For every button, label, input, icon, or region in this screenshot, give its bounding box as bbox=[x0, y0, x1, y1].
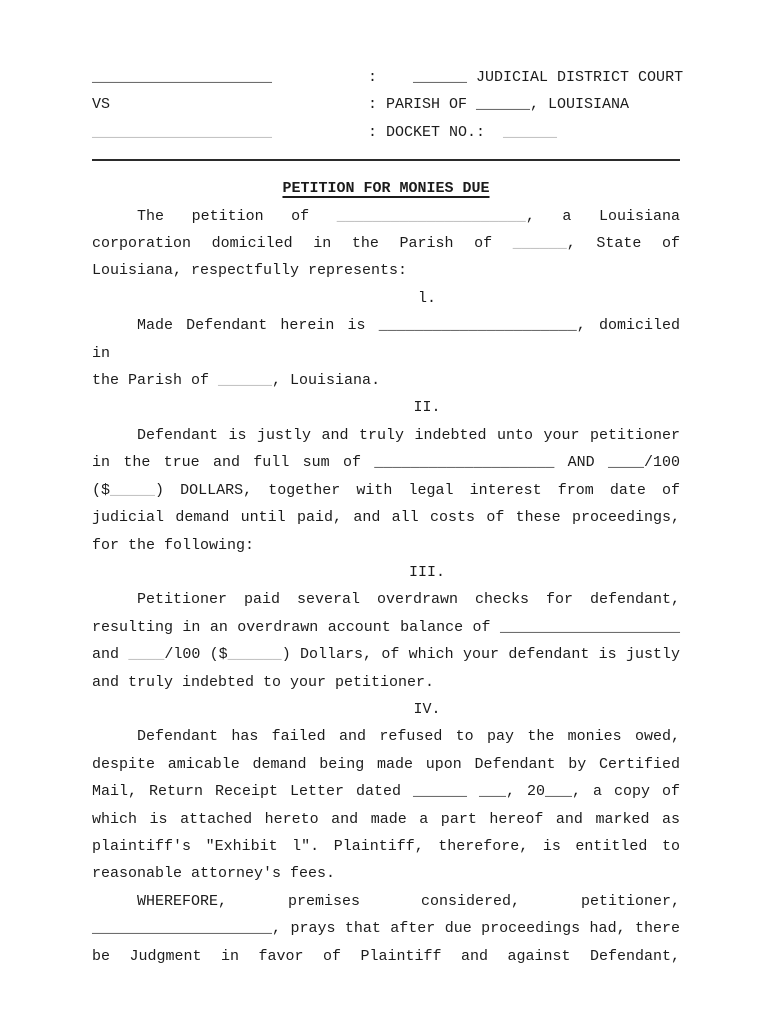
p4-l2: resulting in an overdrawn account balanc… bbox=[92, 614, 680, 641]
fill-in-blank: ______ bbox=[218, 372, 272, 389]
p3-l1: Defendant is justly and truly indebted u… bbox=[92, 422, 680, 449]
p6-l1: WHEREFORE, premises considered, petition… bbox=[92, 888, 680, 915]
fill-in-blank: ______ bbox=[513, 235, 567, 252]
text-run: l. bbox=[418, 290, 436, 307]
fill-in-blank: ____________________ bbox=[500, 619, 680, 636]
document-title: PETITION FOR MONIES DUE bbox=[92, 175, 680, 202]
text-run: , a Louisiana bbox=[526, 208, 680, 225]
section-heading-3: III. bbox=[133, 559, 721, 586]
caption-vs-row-right: : PARISH OF ______, LOUISIANA bbox=[368, 91, 680, 118]
p6-l3: be Judgment in favor of Plaintiff and ag… bbox=[92, 943, 680, 970]
text-run: reasonable attorney's fees. bbox=[92, 865, 335, 882]
vs-label: VS bbox=[92, 96, 110, 113]
p5-l4: which is attached hereto and made a part… bbox=[92, 806, 680, 833]
text-run: AND ____/100 bbox=[554, 454, 680, 471]
p3-l3: ($_____) DOLLARS, together with legal in… bbox=[92, 477, 680, 504]
parish-name-blank: ______ bbox=[476, 96, 530, 113]
p5-l5: plaintiff's "Exhibit l". Plaintiff, ther… bbox=[92, 833, 680, 860]
text-run: for the following: bbox=[92, 537, 254, 554]
caption-separator-rule bbox=[92, 159, 680, 161]
caption-defendant-row-left: ____________________ bbox=[92, 119, 368, 146]
p2-l1: Made Defendant herein is _______________… bbox=[92, 312, 680, 367]
p1-l3: Louisiana, respectfully represents: bbox=[92, 257, 680, 284]
text-run: Petitioner paid several overdrawn checks… bbox=[137, 591, 680, 608]
petition-body: The petition of _____________________, a… bbox=[92, 203, 680, 970]
caption-plaintiff-row-right: : ______ JUDICIAL DISTRICT COURT bbox=[368, 64, 683, 91]
fill-in-blank: ____________________ bbox=[92, 920, 272, 937]
section-heading-4: IV. bbox=[133, 696, 721, 723]
fill-in-blank: _____________________ bbox=[337, 208, 526, 225]
plaintiff-name-blank: ____________________ bbox=[92, 69, 272, 86]
text-run: WHEREFORE, premises considered, petition… bbox=[137, 893, 680, 910]
text-run: Louisiana, respectfully represents: bbox=[92, 262, 407, 279]
text-run: ) Dollars, of which your defendant is ju… bbox=[282, 646, 680, 663]
p4-l1: Petitioner paid several overdrawn checks… bbox=[92, 586, 680, 613]
text-run: the Parish of bbox=[92, 372, 218, 389]
p4-l4: and truly indebted to your petitioner. bbox=[92, 669, 680, 696]
text-run: III. bbox=[409, 564, 445, 581]
text-run: plaintiff's "Exhibit l". Plaintiff, ther… bbox=[92, 838, 680, 855]
p3-l2: in the true and full sum of ____________… bbox=[92, 449, 680, 476]
text-run: and bbox=[92, 646, 128, 663]
p5-l2: despite amicable demand being made upon … bbox=[92, 751, 680, 778]
text-run: The petition of bbox=[137, 208, 337, 225]
text-run: Mail, Return Receipt Letter dated ______… bbox=[92, 783, 680, 800]
p2-l2: the Parish of ______, Louisiana. bbox=[92, 367, 680, 394]
fill-in-blank: ____________________ bbox=[374, 454, 554, 471]
text-run: , State of bbox=[567, 235, 680, 252]
docket-label: : DOCKET NO.: bbox=[368, 124, 503, 141]
text-run: /l00 ($ bbox=[164, 646, 227, 663]
section-heading-2: II. bbox=[133, 394, 721, 421]
p3-l4: judicial demand until paid, and all cost… bbox=[92, 504, 680, 531]
text-run: corporation domiciled in the Parish of bbox=[92, 235, 513, 252]
caption-colon: : bbox=[368, 69, 413, 86]
fill-in-blank: ____ bbox=[128, 646, 164, 663]
text-run: judicial demand until paid, and all cost… bbox=[92, 509, 680, 526]
court-label: JUDICIAL DISTRICT COURT bbox=[467, 69, 683, 86]
text-run: , prays that after due proceedings had, … bbox=[272, 920, 680, 937]
text-run: which is attached hereto and made a part… bbox=[92, 811, 680, 828]
district-number-blank: ______ bbox=[413, 69, 467, 86]
p5-l3: Mail, Return Receipt Letter dated ______… bbox=[92, 778, 680, 805]
fill-in-blank: ______ bbox=[228, 646, 282, 663]
p5-l6: reasonable attorney's fees. bbox=[92, 860, 680, 887]
caption-vs-row-left: VS bbox=[92, 91, 368, 118]
fill-in-blank: _____ bbox=[110, 482, 155, 499]
document-content: ____________________: ______ JUDICIAL DI… bbox=[92, 64, 680, 970]
text-run: II. bbox=[413, 399, 440, 416]
text-run: Defendant has failed and refused to pay … bbox=[137, 728, 680, 745]
caption-plaintiff-row: ____________________: ______ JUDICIAL DI… bbox=[92, 64, 680, 91]
p4-l3: and ____/l00 ($______) Dollars, of which… bbox=[92, 641, 680, 668]
caption-defendant-row: ____________________: DOCKET NO.: ______ bbox=[92, 119, 680, 146]
petition-document-page: ____________________: ______ JUDICIAL DI… bbox=[0, 0, 770, 1024]
text-run: be Judgment in favor of Plaintiff and ag… bbox=[92, 948, 680, 965]
caption-vs-row: VS: PARISH OF ______, LOUISIANA bbox=[92, 91, 680, 118]
p3-l5: for the following: bbox=[92, 532, 680, 559]
p1-l2: corporation domiciled in the Parish of _… bbox=[92, 230, 680, 257]
p6-l2: ____________________, prays that after d… bbox=[92, 915, 680, 942]
docket-number-blank: ______ bbox=[503, 124, 557, 141]
case-caption-block: ____________________: ______ JUDICIAL DI… bbox=[92, 64, 680, 146]
text-run: ) DOLLARS, together with legal interest … bbox=[155, 482, 680, 499]
text-run: Defendant is justly and truly indebted u… bbox=[137, 427, 680, 444]
text-run: ($ bbox=[92, 482, 110, 499]
text-run: resulting in an overdrawn account balanc… bbox=[92, 619, 500, 636]
text-run: despite amicable demand being made upon … bbox=[92, 756, 680, 773]
p1-l1: The petition of _____________________, a… bbox=[92, 203, 680, 230]
p5-l1: Defendant has failed and refused to pay … bbox=[92, 723, 680, 750]
text-run: and truly indebted to your petitioner. bbox=[92, 674, 434, 691]
text-run: IV. bbox=[413, 701, 440, 718]
caption-defendant-row-right: : DOCKET NO.: ______ bbox=[368, 119, 680, 146]
text-run: , Louisiana. bbox=[272, 372, 380, 389]
text-run: in the true and full sum of bbox=[92, 454, 374, 471]
fill-in-blank: ______________________ bbox=[379, 317, 577, 334]
caption-plaintiff-row-left: ____________________ bbox=[92, 64, 368, 91]
parish-label: : PARISH OF bbox=[368, 96, 476, 113]
section-heading-1: l. bbox=[133, 285, 721, 312]
state-label: , LOUISIANA bbox=[530, 96, 629, 113]
defendant-name-blank: ____________________ bbox=[92, 124, 272, 141]
text-run: Made Defendant herein is bbox=[137, 317, 379, 334]
